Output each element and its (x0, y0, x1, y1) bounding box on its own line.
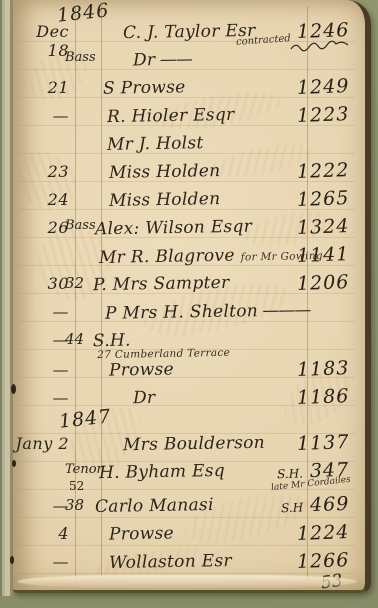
entry-amount: S.H469 (280, 493, 349, 517)
entry-date: 4 (13, 524, 69, 543)
ledger-row: 24Miss Holden1265 (13, 190, 365, 214)
entry-name: Mr R. Blagrovefor Mr Gowing (99, 244, 323, 268)
entry-amount-prefix: S.H (281, 500, 304, 515)
ledger-row: Dec 18C. J. Taylor Esr1246contracted (13, 22, 365, 46)
entry-amount-value: 1206 (296, 271, 349, 295)
ledger-row: 23Miss Holden1222 (13, 162, 365, 186)
entry-name: S Prowse (103, 77, 186, 98)
entry-amount: 1183 (296, 357, 349, 381)
entry-amount: 1324 (296, 215, 349, 239)
entry-amount-value: 1186 (296, 385, 349, 409)
entry-annotation: contracted (236, 33, 291, 48)
entry-amount-value: 1223 (296, 103, 349, 127)
entry-name: Miss Holden (109, 161, 221, 183)
entry-voice-label: Tenor (65, 462, 103, 477)
ledger-row: Tenor52H. Byham EsqS.H.347late Mr Cordai… (13, 462, 365, 486)
entry-amount-value: 1183 (296, 357, 349, 381)
entry-box-number: 38 (65, 496, 84, 514)
entry-amount-value: 1266 (296, 549, 349, 573)
entry-date: 23 (13, 162, 69, 181)
entry-name: Mr J. Holst (107, 133, 204, 155)
entry-name-text: Mr J. Holst (107, 133, 204, 155)
entry-date: 24 (13, 190, 69, 209)
entry-amount-value: 1249 (296, 75, 349, 99)
entry-name: P Mrs H. Shelton ——— (105, 300, 311, 324)
entry-name-text: Miss Holden (109, 161, 221, 183)
entry-amount: 1141 (296, 243, 349, 267)
flourish-dash: —— (155, 49, 192, 70)
ledger-row: 26BassAlex: Wilson Esqr1324 (13, 218, 365, 242)
entry-date: — (13, 106, 69, 125)
entry-amount: 1206 (296, 271, 349, 295)
entry-amount: 1222 (296, 159, 349, 183)
ledger-row: Jany 2Mrs Boulderson1137 (13, 434, 365, 458)
entry-name-text: Mrs Boulderson (123, 433, 265, 455)
ledger-row: —Wollaston Esr1266 (13, 552, 365, 576)
entry-name: R. Hioler Esqr (107, 105, 235, 127)
entry-name: Miss Holden (109, 189, 221, 211)
entry-name-text: S Prowse (103, 77, 186, 98)
entry-date: — (13, 496, 69, 515)
entry-name-text: Miss Holden (109, 189, 221, 211)
entry-name: H. Byham Esq (99, 461, 225, 483)
year-heading: 1847 (58, 405, 112, 432)
entry-amount-value: 469 (309, 493, 349, 516)
ledger-row: Mr R. Blagrovefor Mr Gowing1141 (13, 246, 365, 270)
entry-date: — (13, 552, 69, 571)
book-binding-edge (0, 0, 13, 596)
entry-amount: 1223 (296, 103, 349, 127)
entry-name-text: P Mrs H. Shelton (105, 301, 258, 324)
entry-voice-label: Bass (65, 218, 96, 233)
entry-name: Mrs Boulderson (123, 433, 265, 455)
entry-name-text: H. Byham Esq (99, 461, 225, 483)
entry-name-text: P. Mrs Sampter (93, 273, 230, 295)
entry-name-text: Prowse (109, 523, 174, 544)
page-bottom-curl (17, 575, 357, 588)
entry-date: Jany 2 (13, 434, 69, 453)
entry-amount-value: 1324 (296, 215, 349, 239)
entry-name: P. Mrs Sampter (93, 273, 230, 295)
entry-name: Prowse (109, 523, 174, 544)
ledger-row: —R. Hioler Esqr1223 (13, 106, 365, 130)
ledger-row: —P Mrs H. Shelton ——— (13, 302, 365, 326)
ledger-row: 4Prowse1224 (13, 524, 365, 548)
entry-name-text: Carlo Manasi (95, 495, 214, 517)
entry-name: S.H.27 Cumberland Terrace (93, 329, 230, 361)
entry-name-text: Wollaston Esr (109, 551, 232, 573)
entry-voice-label: Bass (65, 50, 96, 65)
ledger-row: 3032P. Mrs Sampter1206 (13, 274, 365, 298)
ledger-row: —Dr1186 (13, 388, 365, 412)
ledger-row: 21S Prowse1249 (13, 78, 365, 102)
entry-box-number: 44 (65, 330, 84, 348)
entry-name-text: Mr R. Blagrove (99, 246, 235, 268)
entry-name: Alex: Wilson Esqr (95, 217, 252, 240)
entry-date: 30 (13, 274, 69, 293)
entry-amount-value: 1137 (296, 431, 349, 455)
entry-name: Wollaston Esr (109, 551, 232, 573)
entry-amount-value: 1141 (296, 243, 349, 267)
entry-name-text: Alex: Wilson Esqr (95, 217, 252, 240)
entry-name: Dr (133, 388, 156, 408)
entry-amount-prefix: S.H. (277, 466, 303, 481)
ledger-row: —44S.H.27 Cumberland Terrace (13, 330, 365, 354)
entry-date: 26 (13, 218, 69, 237)
entry-name-text: Dr (133, 50, 156, 70)
entry-name-text: Dr (133, 388, 156, 408)
entry-date: — (13, 302, 69, 321)
ledger-row: —Prowse1183 (13, 360, 365, 384)
ledger-entries: 1846Dec 18C. J. Taylor Esr1246contracted… (13, 0, 365, 590)
entry-name: Prowse (109, 359, 174, 380)
ledger-page: 1846Dec 18C. J. Taylor Esr1246contracted… (13, 0, 371, 593)
ledger-photo: 1846Dec 18C. J. Taylor Esr1246contracted… (0, 0, 378, 608)
ledger-row: —38Carlo ManasiS.H469 (13, 496, 365, 520)
entry-amount: 1266 (296, 549, 349, 573)
entry-box-number: 52 (69, 479, 84, 493)
entry-amount: 1186 (296, 385, 349, 409)
binding-stitch (11, 384, 16, 394)
binding-stitch (10, 556, 14, 564)
entry-amount-value: 1222 (296, 159, 349, 183)
binding-stitch (12, 460, 16, 467)
entry-amount: 1137 (296, 431, 349, 455)
flourish-dash: ——— (258, 300, 311, 321)
entry-name: Dr —— (133, 49, 192, 70)
entry-date: — (13, 360, 69, 379)
entry-date: — (13, 330, 69, 349)
entry-amount-value: 1265 (296, 187, 349, 211)
entry-date: 21 (13, 78, 69, 97)
ledger-row: Mr J. Holst (13, 134, 365, 158)
entry-name-text: Prowse (109, 359, 174, 380)
entry-amount: 1265 (296, 187, 349, 211)
entry-amount: 1224 (296, 521, 349, 545)
entry-box-number: 32 (65, 274, 84, 292)
entry-name-text: R. Hioler Esqr (107, 105, 235, 127)
entry-amount-value: 1224 (296, 521, 349, 545)
ledger-row: BassDr —— (13, 50, 365, 74)
entry-amount: 1249 (296, 75, 349, 99)
entry-name: Carlo Manasi (95, 495, 214, 517)
entry-date: — (13, 388, 69, 407)
